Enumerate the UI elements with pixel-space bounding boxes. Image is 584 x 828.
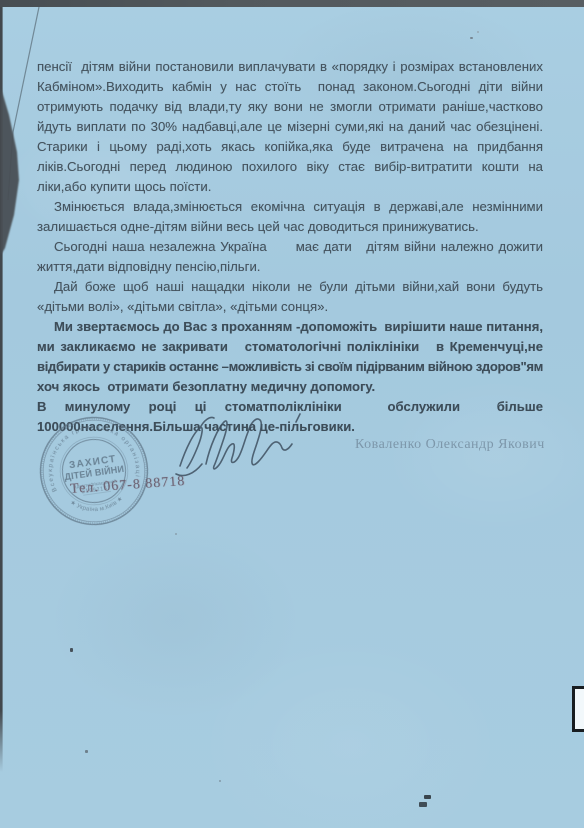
text-line-content: Кабміном».Виходить кабмін у нас стоїть п…	[37, 79, 543, 94]
corner-tab	[572, 686, 584, 732]
scan-speck	[424, 795, 431, 799]
text-line: отримують подачку від влади,ту яку вони …	[37, 97, 543, 117]
text-line-content: відбирати у стариків останнє –можливість…	[37, 359, 543, 374]
signature-strokes	[176, 414, 300, 476]
crease-line	[8, 7, 39, 200]
text-line-content: Сьогодні наша незалежна Україна має дати…	[54, 239, 543, 254]
text-line: хоч якось отримати безоплатну медичну до…	[37, 377, 543, 397]
text-line: ліки,або купити щось поїсти.	[37, 177, 543, 197]
text-line-content: пенсії дітям війни постановили виплачува…	[37, 59, 543, 74]
text-line: Сьогодні наша незалежна Україна має дати…	[37, 237, 543, 257]
text-line-content: залишається одне-дітям війни весь цей ча…	[37, 219, 479, 234]
text-line: пенсії дітям війни постановили виплачува…	[37, 57, 543, 77]
text-line: життя,дати відповідну пенсію,пільги.	[37, 257, 543, 277]
text-line: «дітьми волі», «дітьми світла», «дітьми …	[37, 297, 543, 317]
scan-speck	[419, 802, 427, 807]
text-line-content: ми закликаємо не закривати стоматологічн…	[37, 339, 543, 354]
paragraph: Сьогодні наша незалежна Україна має дати…	[37, 237, 543, 277]
page-fold-shadow	[1, 88, 19, 255]
text-line: йдуть виплати по 30% надбавці,але це міз…	[37, 117, 543, 137]
text-line-content: «дітьми волі», «дітьми світла», «дітьми …	[37, 299, 328, 314]
text-line: Змінюється влада,змінюється екомічна сит…	[37, 197, 543, 217]
text-line-content: ліки,або купити щось поїсти.	[37, 179, 211, 194]
text-line-content: Старики і цьому раді,хоть якась копійка,…	[37, 139, 543, 154]
text-line: відбирати у стариків останнє –можливість…	[37, 357, 543, 377]
paragraph: Ми звертаємось до Вас з проханням -допом…	[37, 317, 543, 397]
paragraph: Змінюється влада,змінюється екомічна сит…	[37, 197, 543, 237]
scan-speck	[477, 31, 479, 33]
text-line-content: отримують подачку від влади,ту яку вони …	[37, 99, 543, 114]
scanned-page: пенсії дітям війни постановили виплачува…	[0, 0, 584, 828]
text-line-content: ліків.Сьогодні перед людиною похилого ві…	[37, 159, 543, 174]
scan-speck	[175, 533, 177, 535]
text-line-content: йдуть виплати по 30% надбавці,але це міз…	[37, 119, 543, 134]
text-line: ми закликаємо не закривати стоматологічн…	[37, 337, 543, 357]
scan-speck	[219, 780, 221, 782]
body-text: пенсії дітям війни постановили виплачува…	[37, 57, 543, 437]
text-line-content: життя,дати відповідну пенсію,пільги.	[37, 259, 260, 274]
text-line: Дай боже щоб наші нащадки ніколи не були…	[37, 277, 543, 297]
signatory-name: Коваленко Олександр Якович	[355, 437, 545, 453]
text-line: Старики і цьому раді,хоть якась копійка,…	[37, 137, 543, 157]
text-line-content: Ми звертаємось до Вас з проханням -допом…	[54, 319, 543, 334]
signature	[170, 406, 305, 491]
scan-speck	[70, 648, 73, 652]
scan-speck	[85, 750, 88, 753]
paragraph: пенсії дітям війни постановили виплачува…	[37, 57, 543, 197]
text-line-content: Змінюється влада,змінюється екомічна сит…	[54, 199, 543, 214]
text-line-content: Дай боже щоб наші нащадки ніколи не були…	[54, 279, 543, 294]
text-line-content: хоч якось отримати безоплатну медичну до…	[37, 379, 375, 394]
scan-speck	[470, 37, 473, 39]
text-line: Ми звертаємось до Вас з проханням -допом…	[37, 317, 543, 337]
scan-top-edge	[0, 0, 584, 7]
scan-left-edge	[0, 7, 3, 772]
org-stamp: Всеукраїнська громадська організація ★ У…	[28, 405, 159, 536]
text-line: ліків.Сьогодні перед людиною похилого ві…	[37, 157, 543, 177]
text-line: Кабміном».Виходить кабмін у нас стоїть п…	[37, 77, 543, 97]
text-line: залишається одне-дітям війни весь цей ча…	[37, 217, 543, 237]
paragraph: Дай боже щоб наші нащадки ніколи не були…	[37, 277, 543, 317]
